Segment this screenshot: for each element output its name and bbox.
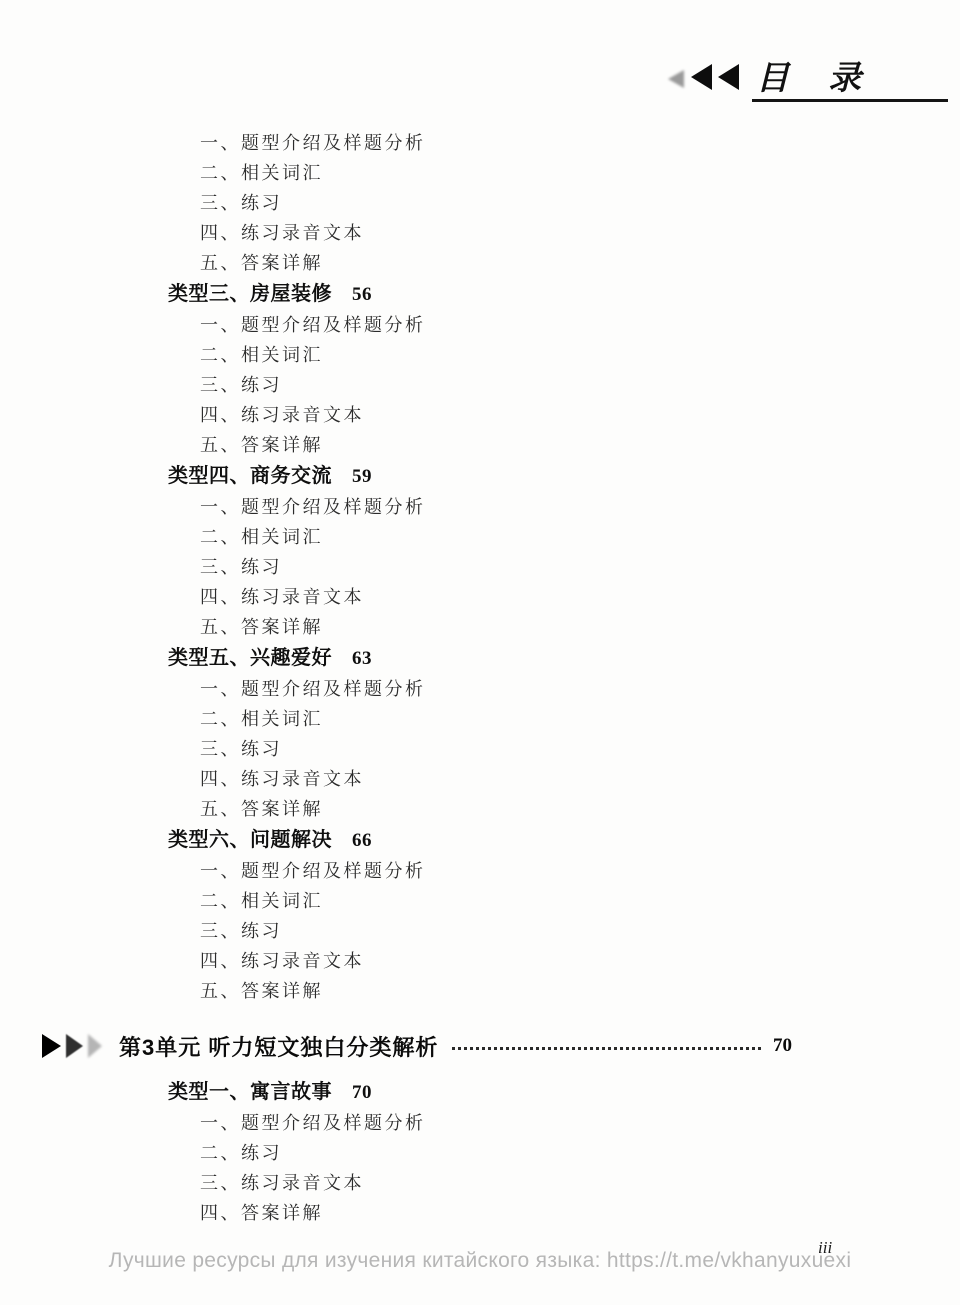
sub-item-text: 四、练习录音文本 — [200, 951, 364, 971]
toc-type-heading: 类型六、问题解决66 — [0, 824, 960, 856]
sub-item-text: 三、练习 — [200, 375, 282, 395]
toc-sub-item: 二、相关词汇 — [0, 340, 960, 370]
toc-sub-item: 二、相关词汇 — [0, 886, 960, 916]
toc-sub-item: 一、题型介绍及样题分析 — [0, 128, 960, 158]
right-triangles-icon — [42, 1034, 107, 1058]
toc-sub-item: 一、题型介绍及样题分析 — [0, 856, 960, 886]
unit-title: 第3单元 听力短文独白分类解析 — [119, 1031, 438, 1062]
sub-item-text: 一、题型介绍及样题分析 — [200, 1113, 426, 1133]
page-ref: 63 — [352, 648, 372, 669]
toc-sub-item: 五、答案详解 — [0, 976, 960, 1006]
sub-item-text: 三、练习 — [200, 193, 282, 213]
sub-item-text: 二、相关词汇 — [200, 527, 323, 547]
sub-item-text: 一、题型介绍及样题分析 — [200, 861, 426, 881]
toc-type-heading: 类型三、房屋装修56 — [0, 278, 960, 310]
toc-sub-item: 一、题型介绍及样题分析 — [0, 310, 960, 340]
sub-item-text: 二、相关词汇 — [200, 709, 323, 729]
sub-item-text: 二、相关词汇 — [200, 891, 323, 911]
toc-sub-item: 二、相关词汇 — [0, 704, 960, 734]
page-ref: 59 — [352, 466, 372, 487]
toc-sub-item: 五、答案详解 — [0, 248, 960, 278]
sub-item-text: 二、相关词汇 — [200, 345, 323, 365]
toc-sub-item: 四、练习录音文本 — [0, 764, 960, 794]
toc-sub-item: 四、练习录音文本 — [0, 946, 960, 976]
page-ref: 56 — [352, 284, 372, 305]
toc-sub-item: 四、练习录音文本 — [0, 400, 960, 430]
toc-sub-item: 二、练习 — [0, 1138, 960, 1168]
toc-sub-item: 五、答案详解 — [0, 794, 960, 824]
type-title: 类型四、商务交流 — [168, 465, 332, 487]
sub-item-text: 五、答案详解 — [200, 435, 323, 455]
type-title: 类型五、兴趣爱好 — [168, 647, 332, 669]
sub-item-text: 四、练习录音文本 — [200, 769, 364, 789]
toc-type-heading: 类型一、寓言故事70 — [0, 1076, 960, 1108]
toc-sub-item: 三、练习录音文本 — [0, 1168, 960, 1198]
toc-sub-item: 三、练习 — [0, 916, 960, 946]
sub-item-text: 二、相关词汇 — [200, 163, 323, 183]
toc-sub-item: 一、题型介绍及样题分析 — [0, 1108, 960, 1138]
right-triangle-icon — [88, 1034, 102, 1058]
sub-item-text: 一、题型介绍及样题分析 — [200, 315, 426, 335]
sub-item-text: 一、题型介绍及样题分析 — [200, 133, 426, 153]
sub-item-text: 二、练习 — [200, 1143, 282, 1163]
page-number: iii — [818, 1238, 832, 1258]
type-title: 类型三、房屋装修 — [168, 283, 332, 305]
left-triangle-icon — [691, 64, 712, 90]
toc-sub-item: 五、答案详解 — [0, 612, 960, 642]
sub-item-text: 四、练习录音文本 — [200, 405, 364, 425]
page-ref: 70 — [773, 1035, 792, 1057]
page-ref: 70 — [352, 1082, 372, 1103]
toc-sub-item: 四、练习录音文本 — [0, 218, 960, 248]
sub-item-text: 五、答案详解 — [200, 253, 323, 273]
toc-sub-item: 四、练习录音文本 — [0, 582, 960, 612]
toc-unit-heading: 第3单元 听力短文独白分类解析70 — [0, 1024, 960, 1068]
sub-item-text: 四、答案详解 — [200, 1203, 323, 1223]
type-title: 类型六、问题解决 — [168, 829, 332, 851]
toc-sub-item: 三、练习 — [0, 370, 960, 400]
toc-sub-item: 三、练习 — [0, 734, 960, 764]
toc-sub-item: 一、题型介绍及样题分析 — [0, 492, 960, 522]
sub-item-text: 四、练习录音文本 — [200, 223, 364, 243]
toc-sub-item: 三、练习 — [0, 552, 960, 582]
header-underline — [752, 99, 948, 102]
sub-item-text: 五、答案详解 — [200, 981, 323, 1001]
sub-item-text: 三、练习 — [200, 921, 282, 941]
page-ref: 66 — [352, 830, 372, 851]
toc-list: 一、题型介绍及样题分析二、相关词汇三、练习四、练习录音文本五、答案详解类型三、房… — [0, 128, 960, 1228]
toc-type-heading: 类型四、商务交流59 — [0, 460, 960, 492]
toc-sub-item: 五、答案详解 — [0, 430, 960, 460]
sub-item-text: 五、答案详解 — [200, 617, 323, 637]
sub-item-text: 四、练习录音文本 — [200, 587, 364, 607]
dotted-leader — [452, 1047, 761, 1050]
toc-sub-item: 三、练习 — [0, 188, 960, 218]
sub-item-text: 一、题型介绍及样题分析 — [200, 497, 426, 517]
toc-sub-item: 一、题型介绍及样题分析 — [0, 674, 960, 704]
sub-item-text: 三、练习 — [200, 557, 282, 577]
toc-sub-item: 四、答案详解 — [0, 1198, 960, 1228]
left-triangle-icon — [718, 64, 739, 90]
page-title: 目 录 — [756, 52, 863, 99]
toc-type-heading: 类型五、兴趣爱好63 — [0, 642, 960, 674]
sub-item-text: 三、练习录音文本 — [200, 1173, 364, 1193]
type-title: 类型一、寓言故事 — [168, 1081, 332, 1103]
right-triangle-icon — [66, 1034, 83, 1058]
watermark-text: Лучшие ресурсы для изучения китайского я… — [0, 1249, 960, 1273]
toc-sub-item: 二、相关词汇 — [0, 158, 960, 188]
sub-item-text: 一、题型介绍及样题分析 — [200, 679, 426, 699]
sub-item-text: 三、练习 — [200, 739, 282, 759]
speckle-left-triangle-icon — [668, 70, 684, 88]
toc-sub-item: 二、相关词汇 — [0, 522, 960, 552]
sub-item-text: 五、答案详解 — [200, 799, 323, 819]
right-triangle-icon — [42, 1034, 61, 1058]
